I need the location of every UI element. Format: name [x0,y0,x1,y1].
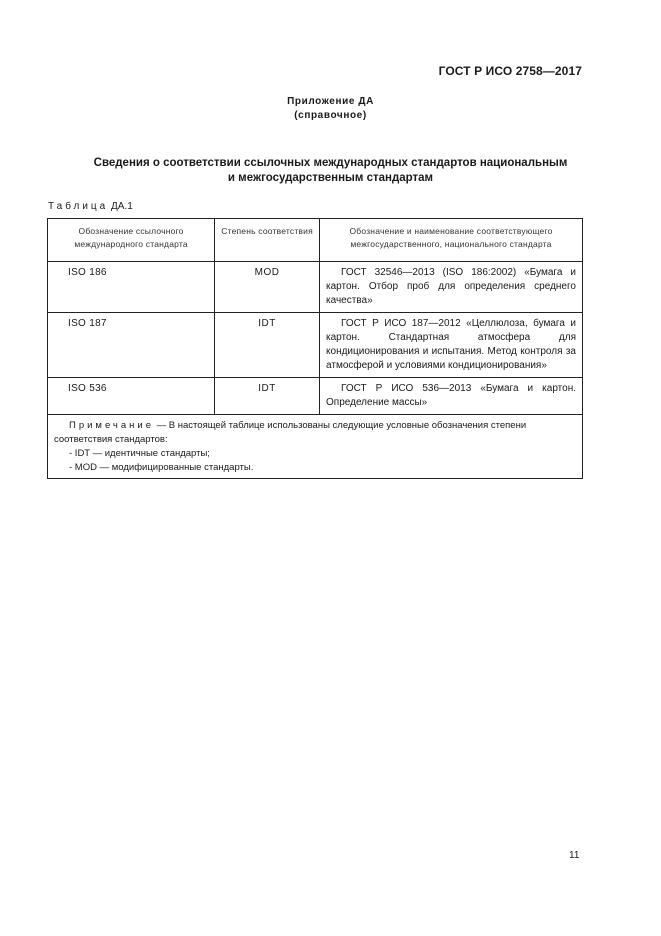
section-title-line2: и межгосударственным стандартам [0,171,661,186]
section-title-line1: Сведения о соответствии ссылочных междун… [0,156,661,171]
cell-national-standard: ГОСТ Р ИСО 536—2013 «Бумага и картон. Оп… [320,378,583,415]
note-item: - IDT — идентичные стандарты; [54,447,576,461]
note-item: - MOD — модифицированные стандарты. [54,461,576,475]
note-label: Примечание [69,420,154,431]
note-item-text: - MOD — модифицированные стандарты. [69,462,253,473]
cell-reference: ISO 186 [48,262,215,313]
table-note-row: Примечание — В настоящей таблице использ… [48,415,583,479]
table-row: ISO 187 IDT ГОСТ Р ИСО 187—2012 «Целлюло… [48,313,583,378]
note-item-text: - IDT — идентичные стандарты; [69,448,210,459]
cell-degree: IDT [215,378,320,415]
header-degree: Степень соответствия [215,219,320,262]
table-note: Примечание — В настоящей таблице использ… [48,415,583,479]
table-row: ISO 186 MOD ГОСТ 32546—2013 (ISO 186:200… [48,262,583,313]
table-caption-label: Таблица [48,201,108,212]
cell-national-standard: ГОСТ Р ИСО 187—2012 «Целлюлоза, бумага и… [320,313,583,378]
cell-national-standard: ГОСТ 32546—2013 (ISO 186:2002) «Бумага и… [320,262,583,313]
page-number: 11 [569,850,579,861]
appendix-type: (справочное) [0,110,661,121]
table-caption-id: ДА.1 [111,201,133,212]
cell-degree: MOD [215,262,320,313]
table-caption: Таблица ДА.1 [48,201,133,212]
header-national-standard: Обозначение и наименование соответствующ… [320,219,583,262]
header-reference-standard: Обозначение ссылочного международного ст… [48,219,215,262]
table-row: ISO 536 IDT ГОСТ Р ИСО 536—2013 «Бумага … [48,378,583,415]
cell-national-standard-text: ГОСТ 32546—2013 (ISO 186:2002) «Бумага и… [326,267,576,306]
document-code: ГОСТ Р ИСО 2758—2017 [439,64,582,78]
cell-reference: ISO 536 [48,378,215,415]
appendix-title: Приложение ДА [0,96,661,107]
cell-degree: IDT [215,313,320,378]
section-title: Сведения о соответствии ссылочных междун… [0,156,661,186]
cell-national-standard-text: ГОСТ Р ИСО 187—2012 «Целлюлоза, бумага и… [326,318,576,371]
note-main: Примечание — В настоящей таблице использ… [54,419,576,447]
cell-reference: ISO 187 [48,313,215,378]
correspondence-table: Обозначение ссылочного международного ст… [47,218,583,479]
cell-national-standard-text: ГОСТ Р ИСО 536—2013 «Бумага и картон. Оп… [326,383,576,408]
table-header-row: Обозначение ссылочного международного ст… [48,219,583,262]
